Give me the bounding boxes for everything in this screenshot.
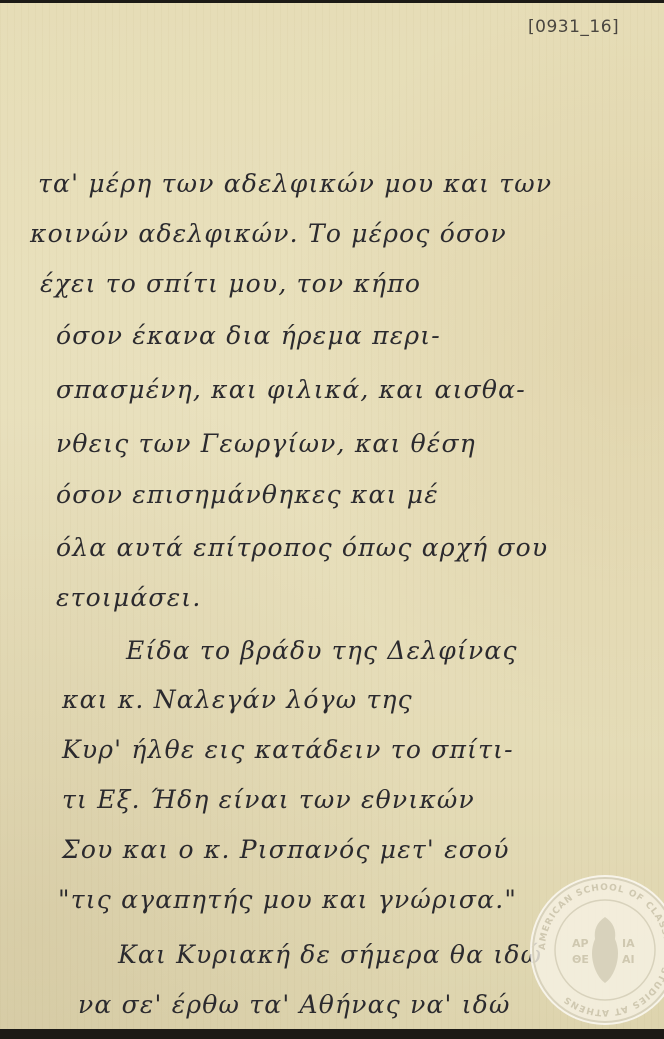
archive-seal-stamp: AMERICAN SCHOOL OF CLASSICAL STUDIES AT …	[530, 875, 664, 1025]
handwritten-line: ετοιμάσει.	[56, 583, 201, 612]
handwritten-line: τα' μέρη των αδελφικών μου και των	[38, 169, 552, 198]
svg-text:ΙΑ: ΙΑ	[622, 937, 635, 950]
svg-text:ΑΙ: ΑΙ	[622, 953, 635, 966]
handwritten-line: κοινών αδελφικών. Το μέρος όσον	[30, 219, 507, 248]
handwritten-line: να σε' έρθω τα' Αθήνας να' ιδώ	[78, 990, 511, 1019]
handwritten-line: όσον επισημάνθηκες και μέ	[56, 480, 439, 509]
handwritten-line: Και Κυριακή δε σήμερα θα ιδώ	[118, 940, 542, 969]
seal-icon: AMERICAN SCHOOL OF CLASSICAL STUDIES AT …	[530, 875, 664, 1025]
archive-reference-label: [0931_16]	[528, 17, 619, 37]
handwritten-line: νθεις των Γεωργίων, και θέση	[56, 429, 476, 458]
handwritten-line: τι Εξ. Ήδη είναι των εθνικών	[62, 785, 475, 814]
handwritten-line: σπασμένη, και φιλικά, και αισθα-	[56, 375, 526, 404]
manuscript-page: [0931_16] τα' μέρη των αδελφικών μου και…	[0, 3, 664, 1034]
svg-text:ΘΕ: ΘΕ	[572, 953, 589, 966]
svg-text:ΑΡ: ΑΡ	[572, 937, 589, 950]
handwritten-line: Σου και ο κ. Ρισπανός μετ' εσού	[62, 835, 510, 864]
handwritten-line: και κ. Ναλεγάν λόγω της	[62, 685, 413, 714]
handwritten-line: όσον έκανα δια ήρεμα περι-	[56, 321, 441, 350]
handwritten-line: Κυρ' ήλθε εις κατάδειν το σπίτι-	[62, 735, 514, 764]
scan-bottom-edge	[0, 1029, 664, 1034]
handwritten-line: όλα αυτά επίτροπος όπως αρχή σου	[56, 533, 548, 562]
handwritten-line: Είδα το βράδυ της Δελφίνας	[126, 636, 518, 665]
handwritten-line: "τις αγαπητής μου και γνώρισα."	[58, 885, 517, 914]
handwritten-line: έχει το σπίτι μου, τον κήπο	[40, 269, 421, 298]
